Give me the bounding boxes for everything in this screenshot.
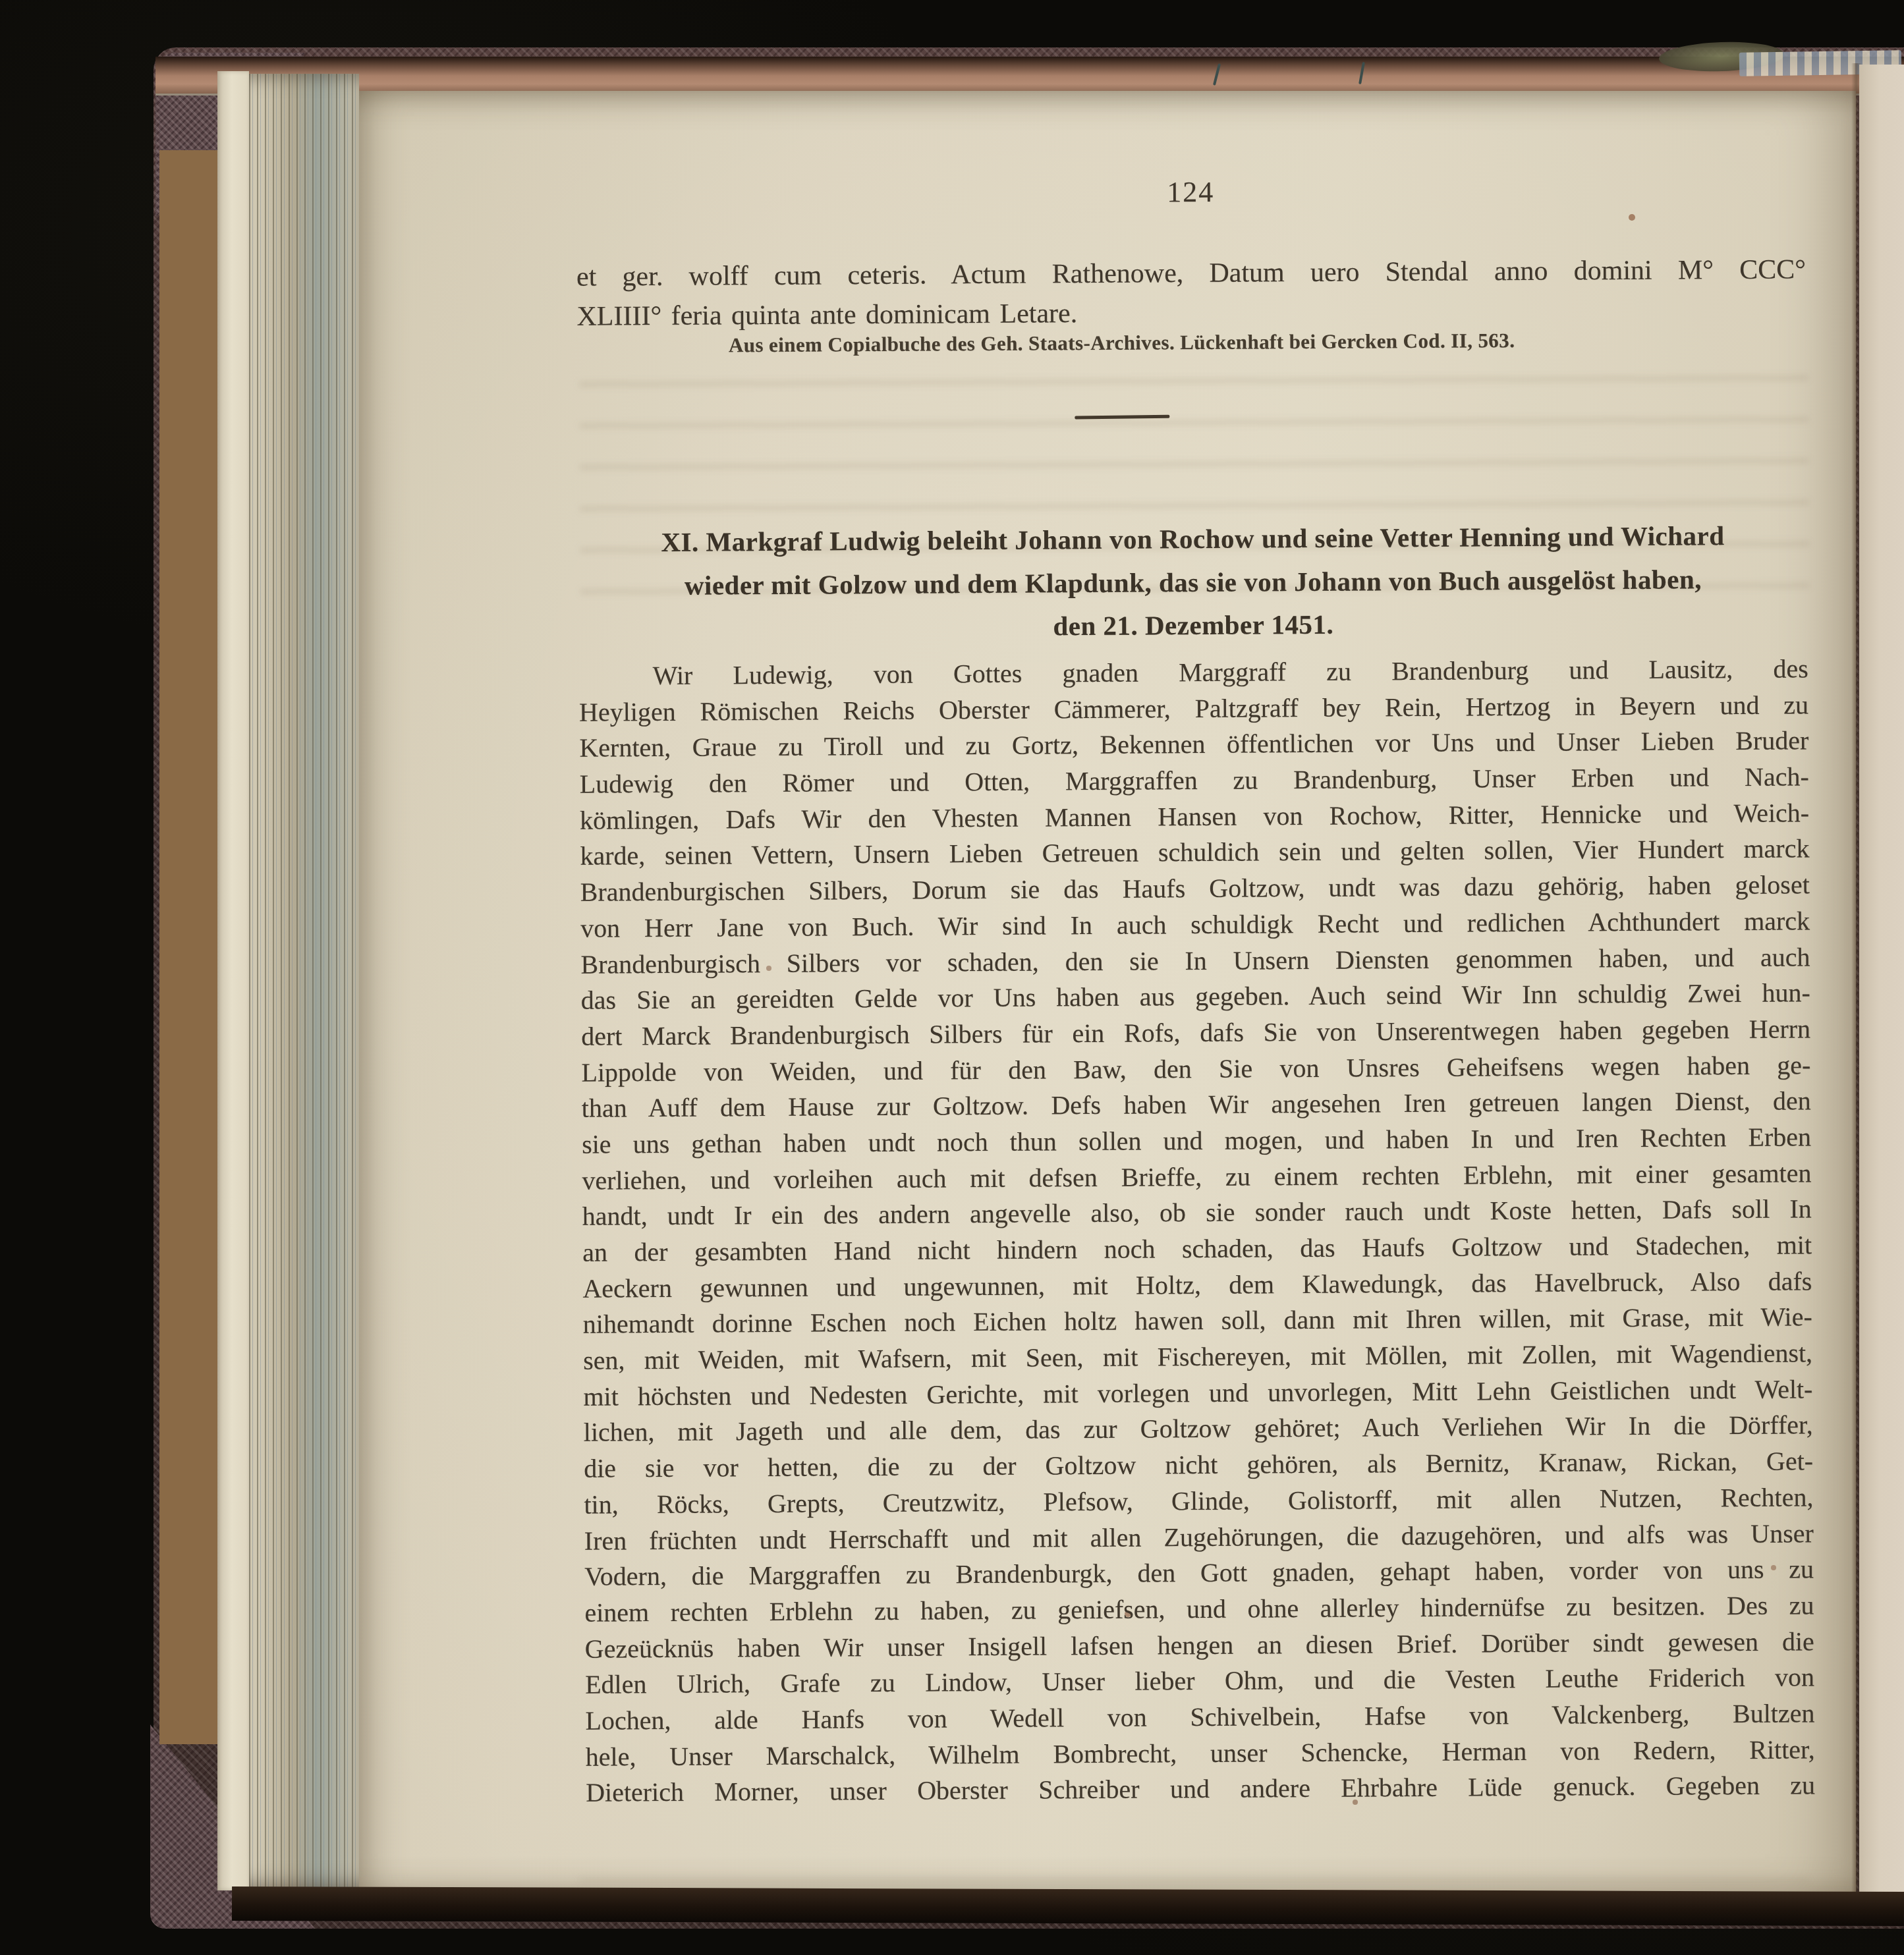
page-number: 124: [576, 171, 1805, 212]
charter-body-text: Wir Ludewig, von Gottes gnaden Marggraff…: [579, 651, 1816, 1811]
text-line: wieder mit Golzow und dem Klapdunk, das …: [578, 557, 1808, 608]
section-divider: [1075, 415, 1169, 420]
page-edge-stack: [249, 74, 359, 1890]
text-line: den 21. Dezember 1451.: [578, 600, 1808, 651]
page-content: 124 et ger. wolff cum ceteris. Actum Rat…: [575, 87, 1816, 1902]
photo-background: 124 et ger. wolff cum ceteris. Actum Rat…: [0, 0, 1904, 1955]
charter-heading: XI. Markgraf Ludwig beleiht Johann von R…: [578, 514, 1808, 651]
book-page: 124 et ger. wolff cum ceteris. Actum Rat…: [359, 91, 1856, 1898]
flyleaf-edge: [217, 71, 249, 1890]
paper-specks: [359, 91, 362, 94]
text-line: et ger. wolff cum ceteris. Actum Ratheno…: [576, 250, 1806, 296]
text-line: Dieterich Morner, unser Oberster Schreib…: [586, 1768, 1815, 1811]
cover-bottom-edge: [232, 1886, 1904, 1926]
marbled-pastedown: [159, 150, 220, 1744]
latin-closing-paragraph: et ger. wolff cum ceteris. Actum Ratheno…: [576, 250, 1806, 336]
facing-page-edge: [1859, 65, 1904, 1901]
text-line: XI. Markgraf Ludwig beleiht Johann von R…: [578, 514, 1807, 564]
